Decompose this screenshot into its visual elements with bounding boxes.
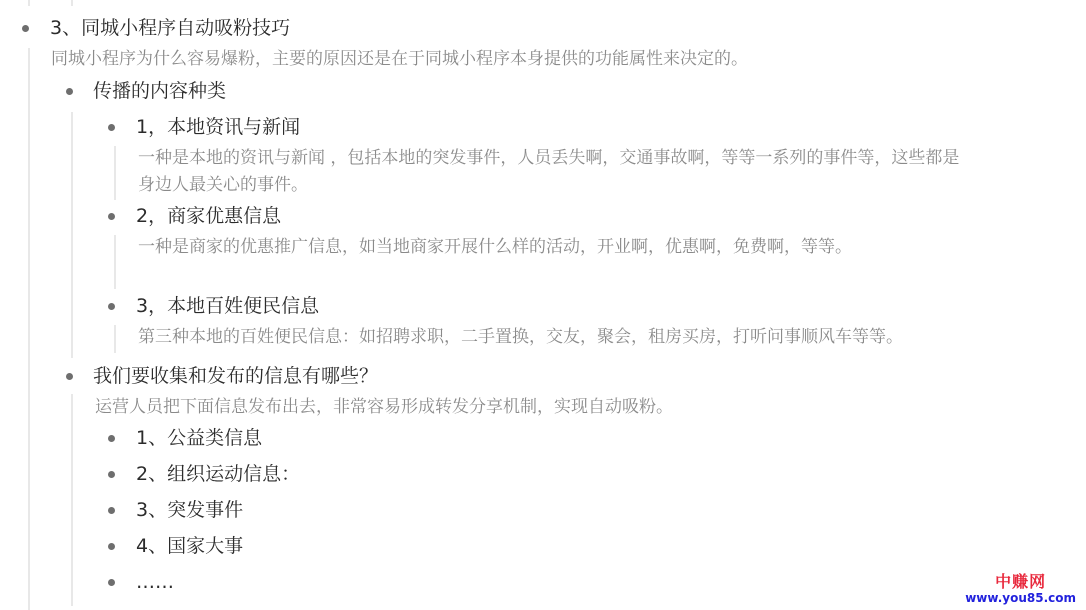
subsection-title: 传播的内容种类 [93,79,226,103]
guide-line [28,0,30,6]
bullet-icon [108,124,115,131]
item-title: 4、国家大事 [136,534,243,558]
item-title: 2、组织运动信息： [136,462,300,486]
section-title: 3、同城小程序自动吸粉技巧 [50,16,290,40]
guide-line [71,0,73,6]
item-note-line: 身边人最关心的事件。 [138,172,308,199]
item-title: 1，本地资讯与新闻 [136,115,300,139]
bullet-icon [108,543,115,550]
section-guide-line [28,48,30,610]
note-guide-line [114,235,116,289]
bullet-icon [66,373,73,380]
subsection-guide-line [71,394,73,606]
item-note-line: 一种是本地的资讯与新闻 ，包括本地的突发事件，人员丢失啊，交通事故啊，等等一系列… [138,145,959,172]
item-title: 2，商家优惠信息 [136,204,281,228]
watermark: 中赚网 www.you85.com [965,573,1076,605]
previous-content-cutoff [0,0,1086,6]
item-title: 1、公益类信息 [136,426,262,450]
note-guide-line [114,325,116,353]
item-note-line: 第三种本地的百姓便民信息：如招聘求职，二手置换，交友，聚会，租房买房，打听问事顺… [138,324,903,351]
subsection-guide-line [71,112,73,358]
bullet-icon [108,507,115,514]
subsection-note: 运营人员把下面信息发布出去，非常容易形成转发分享机制，实现自动吸粉。 [95,394,673,421]
item-note-line: 一种是商家的优惠推广信息，如当地商家开展什么样的活动，开业啊，优惠啊，免费啊，等… [138,234,852,261]
subsection-title: 我们要收集和发布的信息有哪些？ [93,364,378,388]
item-title: 3、突发事件 [136,498,243,522]
bullet-icon [108,471,115,478]
bullet-icon [108,435,115,442]
section-note: 同城小程序为什么容易爆粉，主要的原因还是在于同城小程序本身提供的功能属性来决定的… [51,46,748,73]
watermark-name: 中赚网 [965,573,1076,591]
bullet-icon [66,88,73,95]
bullet-icon [22,25,29,32]
watermark-url: www.you85.com [965,591,1076,605]
bullet-icon [108,213,115,220]
item-title: …… [136,570,174,594]
bullet-icon [108,579,115,586]
bullet-icon [108,303,115,310]
note-guide-line [114,146,116,200]
item-title: 3，本地百姓便民信息 [136,294,319,318]
